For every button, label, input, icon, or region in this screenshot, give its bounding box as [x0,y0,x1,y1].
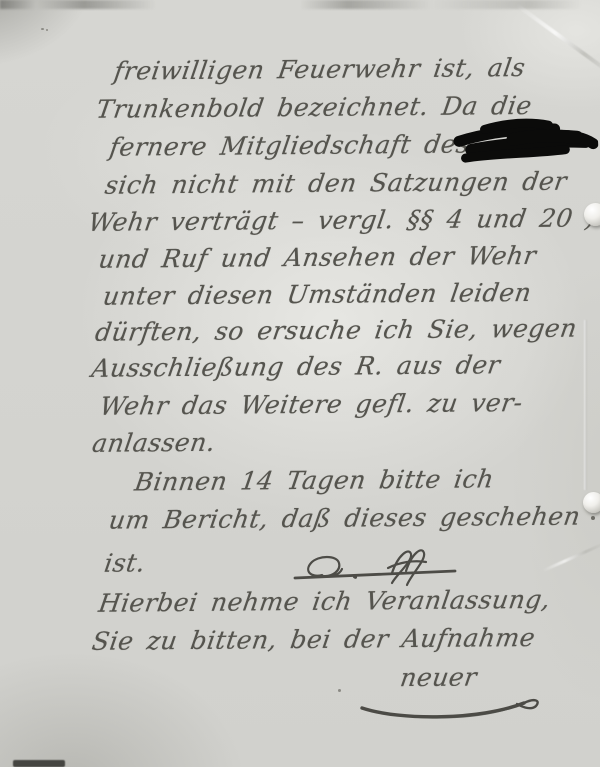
struck-initials-mark [292,544,460,590]
handwritten-line: dürften, so ersuche ich Sie, wegen [93,314,579,347]
handwritten-line: Ausschließung des R. aus der [90,350,503,383]
hole-punch [584,203,600,226]
handwritten-line: unter diesen Umständen leiden [101,278,533,311]
handwritten-line: Sie zu bitten, bei der Aufnahme [90,623,537,656]
paper-speck [338,689,341,692]
scan-bottom-edge [13,760,65,767]
paper-speck [41,28,44,30]
hole-punch [583,492,600,513]
handwritten-line: ist. [102,548,147,577]
paper-speck [591,516,595,520]
handwritten-line: neuer [398,662,479,692]
handwritten-line: Wehr verträgt – vergl. §§ 4 und 20 ) [86,203,598,236]
handwritten-line: Wehr das Weitere gefl. zu ver- [98,388,525,421]
handwritten-line: Binnen 14 Tagen bitte ich [133,464,496,496]
redaction-mark [452,112,599,169]
handwritten-line: um Bericht, daß dieses geschehen [107,502,583,535]
handwritten-line: und Ruf und Ansehen der Wehr [97,241,539,274]
paper-speck [46,29,48,31]
letter-page: freiwilligen Feuerwehr ist, als Trunkenb… [0,0,600,767]
handwritten-line: sich nicht mit den Satzungen der [103,167,569,200]
signature-flourish [356,694,551,726]
handwritten-line: fernere Mitgliedschaft des [108,129,472,161]
handwritten-line: freiwilligen Feuerwehr ist, als [112,53,527,86]
handwritten-line: anlassen. [90,428,217,458]
